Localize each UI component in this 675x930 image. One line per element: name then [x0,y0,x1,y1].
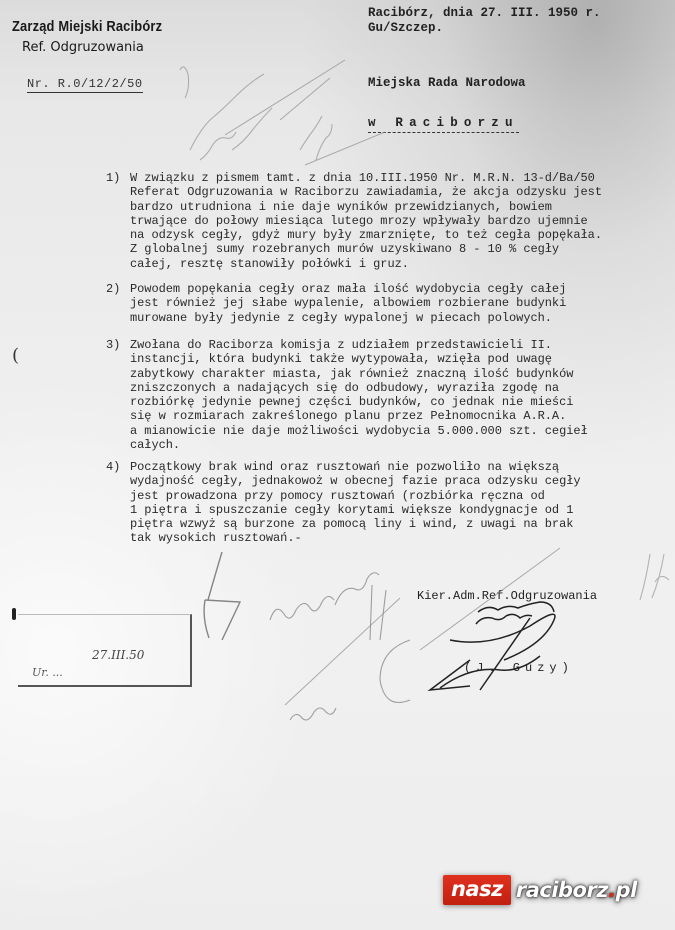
paragraph-line: rozbiórkę jedynie pewnej części budynków… [106,395,588,409]
paragraph-line: 2)Powodem popękania cegły oraz mała iloś… [106,282,566,296]
paragraph-line: Z globalnej sumy rozebranych murów uzysk… [106,242,602,256]
stamp-department: Ref. Odgruzowania [22,40,144,55]
paragraph-line: Referat Odgruzowania w Raciborzu zawiada… [106,185,602,199]
paragraph-line: wydajność cegły, jednakowoż w obecnej fa… [106,474,581,488]
paragraph-line: murowane były jedynie z cegły wypalonej … [106,311,566,325]
receipt-stamp-date: 27.III.50 [92,648,144,662]
logo-dot: . [608,878,615,902]
paragraph-2: 2)Powodem popękania cegły oraz mała iloś… [106,282,566,325]
paragraph-line: tak wysokich rusztowań.- [106,531,581,545]
logo-raciborz: raciborz.pl [511,878,637,902]
paragraph-line: 4)Początkowy brak wind oraz rusztowań ni… [106,460,581,474]
paragraph-line: instancji, która budynki także wytypował… [106,352,588,366]
receipt-stamp-note: Ur. ... [32,666,63,679]
paragraph-line: 1 piętra i spuszczanie cegły korytami wi… [106,503,581,517]
paragraph-number: 3) [106,338,130,352]
paragraph-line: jest prowadzona przy pomocy rusztowań (r… [106,489,581,503]
paragraph-line: a mianowicie nie daje możliwości wydobyc… [106,424,588,438]
paragraph-1: 1)W związku z pismem tamt. z dnia 10.III… [106,171,602,271]
margin-bracket-mark: ( [12,345,19,366]
signer-name: (J. Guzy) [464,661,574,675]
paragraph-line: zabytkowy charakter miasta, jak również … [106,367,588,381]
reference-number: Nr. R.0/12/2/50 [27,77,143,93]
stamp-office-name: Zarząd Miejski Racibórz [12,18,162,35]
paragraph-line: 1)W związku z pismem tamt. z dnia 10.III… [106,171,602,185]
paragraph-3: 3)Zwołana do Raciborza komisja z udziałe… [106,338,588,452]
paragraph-number: 4) [106,460,130,474]
signer-title: Kier.Adm.Ref.Odgruzowania [417,589,597,603]
paragraph-line: zniszczonych a nadających się do odbudow… [106,381,588,395]
signature-code: Gu/Szczep. [368,21,443,35]
paragraph-number: 1) [106,171,130,185]
logo-domain: raciborz [516,878,608,902]
paragraph-line: całej, resztę stanowiły połówki i gruz. [106,257,602,271]
paragraph-line: na odzysk cegły, gdyż mury były zmarznię… [106,228,602,242]
recipient-location: w Raciborzu [368,116,519,133]
document-page: Zarząd Miejski Racibórz Ref. Odgruzowani… [0,0,675,930]
recipient-name: Miejska Rada Narodowa [368,76,526,90]
paragraph-4: 4)Początkowy brak wind oraz rusztowań ni… [106,460,581,546]
paragraph-line: całych. [106,438,588,452]
paragraph-line: trwające do połowy miesiąca lutego mrozy… [106,214,602,228]
logo-nasz: nasz [443,875,511,905]
paragraph-number: 2) [106,282,130,296]
paragraph-line: piętra wzwyż są burzone za pomocą liny i… [106,517,581,531]
logo-tld: pl [616,878,637,902]
margin-ink-mark [12,608,16,620]
place-and-date: Racibórz, dnia 27. III. 1950 r. [368,6,601,20]
paragraph-line: bardzo utrudniona i nie daje wyników prz… [106,200,602,214]
paragraph-line: się w rozmiarach zakreślonego planu prze… [106,409,588,423]
watermark-logo: nasz raciborz.pl [443,873,637,907]
paragraph-line: jest również jej słabe wypalenie, albowi… [106,296,566,310]
paragraph-line: 3)Zwołana do Raciborza komisja z udziałe… [106,338,588,352]
